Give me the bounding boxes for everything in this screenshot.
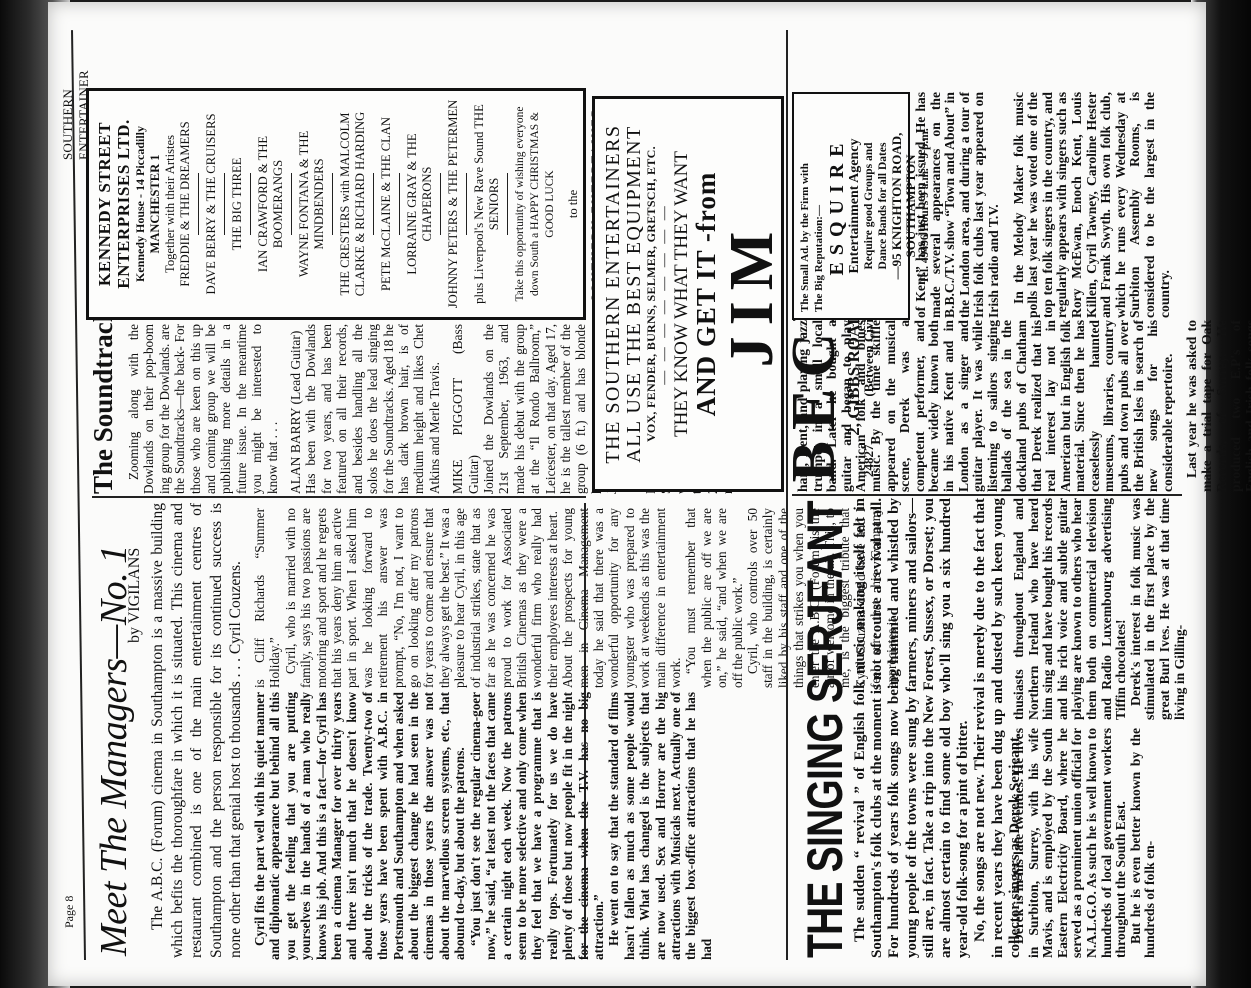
paragraph: Cyril fits the part well with his quiet … bbox=[252, 692, 468, 960]
serjeant-column-1: Derek is in his late twenties. He lives … bbox=[1012, 728, 1158, 958]
paragraph: “You must remember that when the public … bbox=[683, 508, 745, 688]
managers-bottom-rule bbox=[584, 503, 586, 958]
column-rule bbox=[92, 497, 586, 499]
act: WAYNE FONTANA & THE MINDBENDERS bbox=[297, 99, 327, 309]
jim-beckett-ad: THE SOUTHERN ENTERTAINERS ALL USE THE BE… bbox=[592, 96, 784, 492]
member-bio: Joined the Dowlands on the 21st Septembe… bbox=[481, 324, 604, 494]
column-rule bbox=[792, 495, 1182, 497]
serjeant-lead: The sudden “ revival ” of English folk m… bbox=[852, 498, 1024, 958]
managers-column-1: Cyril fits the part well with his quiet … bbox=[252, 692, 714, 960]
serjeant-title: THE SINGING SERJEANT bbox=[796, 501, 854, 958]
act: IAN CRAWFORD & THE BOOMERANGS bbox=[256, 99, 286, 309]
managers-byline: by VIGILANS bbox=[126, 548, 144, 643]
paragraph: “You just don't see the regular cinema-g… bbox=[468, 692, 607, 960]
serjeant-column-3: ham, Kent, and playing jazz trumpet in a… bbox=[796, 320, 1251, 492]
member-bio: Has been with the Dowlands for two years… bbox=[303, 324, 442, 494]
paragraph: About the prospects for young men in Cin… bbox=[560, 508, 683, 688]
paragraph: is Cliff Richards “Summer Holiday.” bbox=[252, 508, 283, 688]
act: plus Liverpool's New Rave Sound THE SENI… bbox=[472, 99, 502, 309]
header-rule bbox=[71, 30, 85, 960]
newspaper-sheet: Page 8 SOUTHERN ENTERTAINER Meet The Man… bbox=[48, 2, 1206, 986]
managers-lead: The A.B.C. (Forum) cinema in Southampton… bbox=[148, 503, 246, 958]
act: THE BIG THREE bbox=[230, 99, 245, 309]
serjeant-column-4: of Kent” has just been issued. He has ma… bbox=[914, 92, 1172, 318]
kennedy-street-ad: KENNEDY STREET ENTERPRISES LTD. Kennedy … bbox=[86, 88, 586, 320]
member-alan-barry: ALAN BARRY (Lead Guitar) bbox=[288, 324, 303, 494]
act: JOHNNY PETERS & THE PETERMEN bbox=[446, 99, 461, 309]
serjeant-column-2: thusiasts throughout England and Norther… bbox=[1012, 498, 1187, 720]
member-mike-piggott: MIKE PIGGOTT (Bass Guitar) bbox=[450, 324, 481, 494]
paragraph: Cyril, who is married with no family, sa… bbox=[283, 508, 560, 688]
esquire-ad: The Small Ad. by the Firm with The Big R… bbox=[792, 92, 910, 320]
soundtracks-intro: Zooming along with the Dowlands on their… bbox=[126, 324, 280, 494]
act: THE CRESTERS with MALCOLM CLARKE & RICHA… bbox=[338, 99, 368, 309]
act: LORRAINE GRAY & THE CHAPERONS bbox=[405, 99, 435, 309]
paragraph: He went on to say that the standard of f… bbox=[606, 692, 714, 960]
act: PETE McCLAINE & THE CLAN bbox=[379, 99, 394, 309]
act: FREDDIE & THE DREAMERS bbox=[178, 99, 193, 309]
lower-section-rule bbox=[786, 30, 788, 960]
soundtracks-title: The Soundtracks bbox=[88, 297, 119, 494]
act: DAVE BERRY & THE CRUISERS bbox=[204, 99, 219, 309]
page-number: Page 8 bbox=[62, 896, 77, 928]
rotated-page: Page 8 SOUTHERN ENTERTAINER Meet The Man… bbox=[0, 0, 1251, 988]
